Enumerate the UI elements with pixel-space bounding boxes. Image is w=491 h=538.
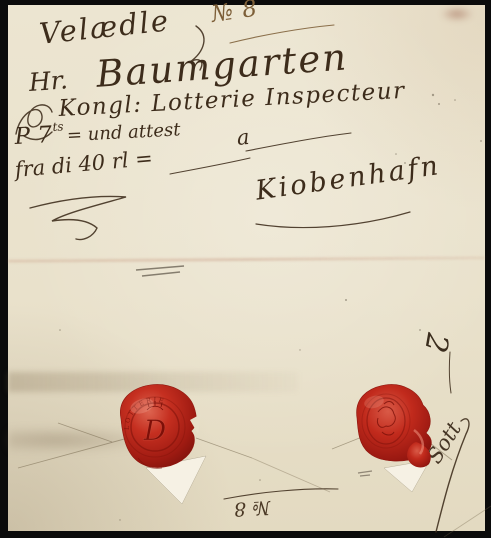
bottom-number-inverted: № 8 xyxy=(234,497,271,518)
top-right-stain xyxy=(440,6,474,22)
postal-note-text: = und attest xyxy=(66,117,181,145)
postal-note-superscript: ts xyxy=(52,120,64,133)
bottom-left-smudge xyxy=(8,426,168,454)
honorific: Hr. xyxy=(28,67,69,95)
fold-shadow-band xyxy=(8,372,298,392)
postal-note-prefix: P 7 xyxy=(14,124,53,149)
direction-a: a xyxy=(236,127,250,149)
letter-photo: № 8 Velædle Hr. Baumgarten Kongl: Lotter… xyxy=(0,0,491,538)
